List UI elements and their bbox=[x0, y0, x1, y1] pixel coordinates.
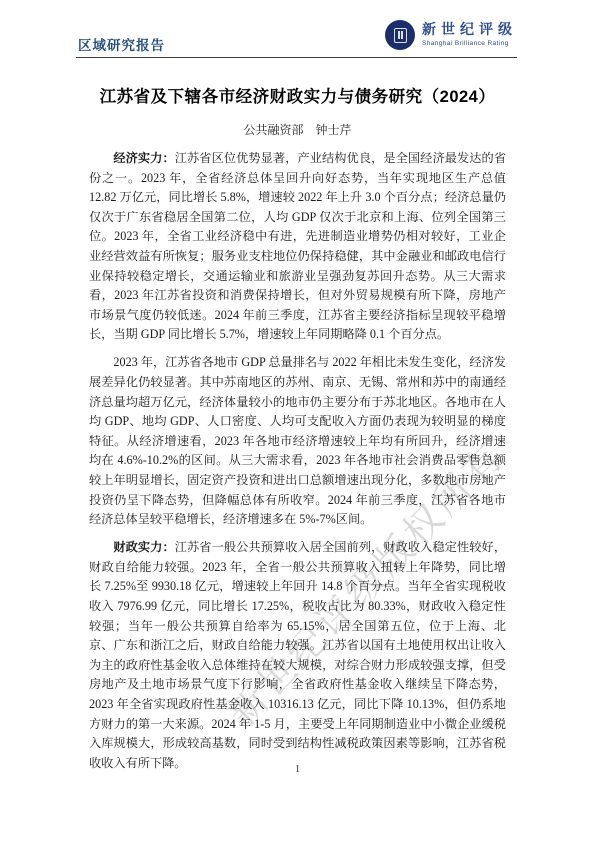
document-title: 江苏省及下辖各市经济财政实力与债务研究（2024） bbox=[0, 83, 595, 107]
brand-seal-icon bbox=[385, 20, 415, 50]
brand-name-en: Shanghai Brilliance Rating bbox=[422, 39, 517, 48]
paragraph-text: 2023 年，江苏省各地市 GDP 总量排名与 2022 年相比未发生变化，经济… bbox=[89, 355, 506, 526]
paragraph-city-gdp: 2023 年，江苏省各地市 GDP 总量排名与 2022 年相比未发生变化，经济… bbox=[89, 353, 506, 529]
page-header: 区域研究报告 新世纪评级 Shanghai Brilliance Rating bbox=[76, 18, 517, 57]
paragraph-fiscal-strength: 财政实力：江苏省一般公共预算收入居全国前列，财政收入稳定性较好，财政自给能力较强… bbox=[89, 538, 506, 773]
header-divider bbox=[76, 57, 517, 58]
paragraph-lead-label: 财政实力： bbox=[113, 540, 174, 554]
paragraph-economic-strength: 经济实力：江苏省区位优势显著，产业结构优良，是全国经济最发达的省份之一。2023… bbox=[89, 149, 506, 345]
brand-logo-text: 新世纪评级 Shanghai Brilliance Rating bbox=[422, 23, 517, 48]
document-page: 新世纪评级版权所有 区域研究报告 新世纪评级 Shanghai Brillian… bbox=[0, 0, 595, 842]
paragraph-text: 江苏省区位优势显著，产业结构优良，是全国经济最发达的省份之一。2023 年，全省… bbox=[89, 151, 506, 341]
author-byline: 公共融资部 钟士芹 bbox=[0, 121, 595, 138]
report-type-label: 区域研究报告 bbox=[78, 34, 165, 54]
document-body: 经济实力：江苏省区位优势显著，产业结构优良，是全国经济最发达的省份之一。2023… bbox=[89, 149, 506, 782]
paragraph-lead-label: 经济实力： bbox=[113, 151, 174, 165]
brand-name-cn: 新世纪评级 bbox=[422, 23, 517, 39]
brand-logo: 新世纪评级 Shanghai Brilliance Rating bbox=[385, 20, 517, 50]
paragraph-text: 江苏省一般公共预算收入居全国前列，财政收入稳定性较好，财政自给能力较强。2023… bbox=[89, 540, 506, 770]
